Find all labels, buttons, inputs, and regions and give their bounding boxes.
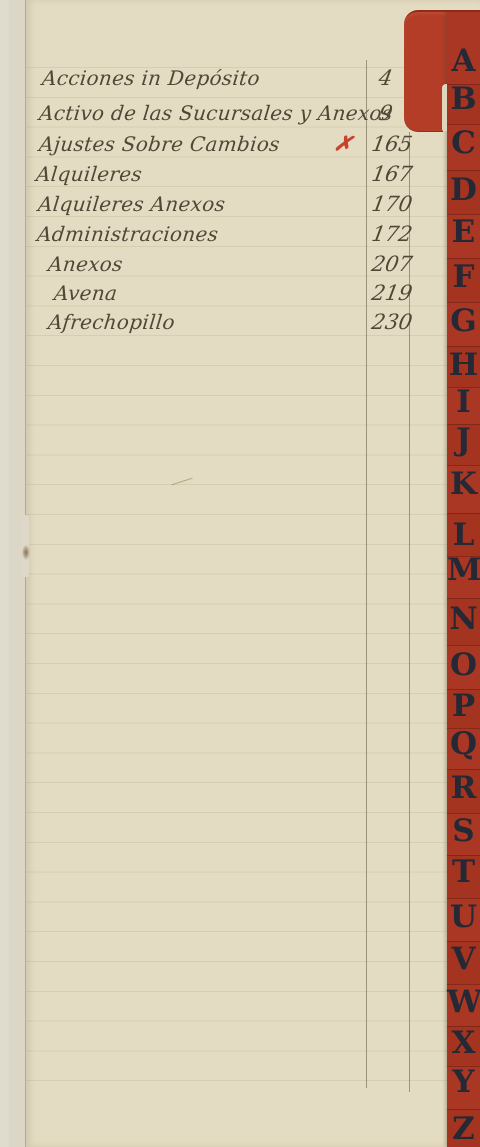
letter-tab-label: J [447,420,480,460]
letter-tab-label: B [447,79,480,119]
letter-tab-label: Y [447,1062,480,1102]
index-entry-row: Administraciones 172 [35,222,455,252]
index-entry-row: Afrechopillo 230 [35,310,455,340]
letter-tab-v[interactable]: V [447,941,480,984]
index-entry-row: Alquileres 167 [35,162,455,192]
index-entry-row: Avena 219 [35,281,455,311]
entry-page-number: 165 [370,132,414,156]
tab-divider-notch [442,84,447,131]
letter-tab-q[interactable]: Q [447,728,480,769]
letter-tab-label: Q [447,724,480,764]
letter-tab-label: D [447,170,480,210]
letter-tab-label: C [447,123,480,163]
letter-tab-m[interactable]: M [447,556,480,598]
letter-tab-b[interactable]: B [447,84,480,125]
entry-page-number: 170 [370,192,414,216]
letter-tab-n[interactable]: N [447,598,480,646]
index-entry-row: Activo de las Sucursales y Anexos 9 [35,101,455,131]
letter-tab-z[interactable]: Z [447,1109,480,1147]
letter-tab-u[interactable]: U [447,898,480,942]
entry-title: Ajustes Sobre Cambios [35,132,281,156]
letter-tab-label: R [447,768,480,808]
red-check-mark: ✗ [332,130,354,158]
letter-tab-label: H [447,345,480,385]
letter-tab-g[interactable]: G [447,302,480,346]
letter-tab-label: I [447,382,480,422]
letter-tab-label: A [447,41,480,81]
entry-title: Alquileres Anexos [35,192,227,216]
letter-tab-x[interactable]: X [447,1026,480,1066]
entry-title: Acciones in Depósito [35,66,261,90]
letter-tab-label: V [447,939,480,979]
letter-tab-y[interactable]: Y [447,1066,480,1109]
letter-tab-label: W [447,982,480,1022]
letter-tab-k[interactable]: K [447,465,480,513]
entry-page-number: 9 [377,101,395,125]
entry-title: Afrechopillo [35,310,176,334]
ledger-paper: Acciones in Depósito 4 Activo de las Suc… [25,0,480,1147]
alphabet-tab-strip: A B C D E F G H I J K L M N O P [447,12,480,1147]
letter-tab-p[interactable]: P [447,689,480,729]
letter-tab-h[interactable]: H [447,346,480,387]
letter-tab-f[interactable]: F [447,258,480,303]
tab-a-protruding-bottom[interactable] [404,50,443,132]
letter-tab-label: K [447,464,480,504]
letter-tab-j[interactable]: J [447,424,480,465]
letter-tab-label: U [447,897,480,937]
letter-tab-label: E [447,212,480,252]
letter-tab-label: G [447,301,480,341]
letter-tab-label: F [447,257,480,297]
entry-title: Activo de las Sucursales y Anexos [35,101,394,125]
entry-page-number: 172 [370,222,414,246]
letter-tab-label: S [447,811,480,851]
letter-tab-r[interactable]: R [447,769,480,813]
letter-tab-w[interactable]: W [447,984,480,1026]
index-entry-row: Anexos 207 [35,252,455,282]
paper-scratch [171,478,192,486]
index-entry-row: Acciones in Depósito 4 [35,66,455,96]
letter-tab-label: O [447,645,480,685]
letter-tab-s[interactable]: S [447,813,480,855]
letter-tab-a[interactable]: A [447,12,480,84]
letter-tab-t[interactable]: T [447,855,480,898]
letter-tab-label: L [447,515,480,555]
entry-page-number: 207 [370,252,414,276]
paper-blemish [22,545,30,560]
entry-title: Anexos [35,252,124,276]
letter-tab-label: Z [447,1109,480,1147]
letter-tab-o[interactable]: O [447,645,480,689]
letter-tab-label: T [447,852,480,892]
index-entry-row: Alquileres Anexos 170 [35,192,455,222]
entry-page-number: 167 [370,162,414,186]
letter-tab-i[interactable]: I [447,387,480,425]
index-entry-list: Acciones in Depósito 4 Activo de las Suc… [35,0,465,400]
letter-tab-c[interactable]: C [447,124,480,170]
letter-tab-e[interactable]: E [447,214,480,258]
entry-title: Alquileres [35,162,143,186]
entry-title: Administraciones [35,222,220,246]
index-entry-row: Ajustes Sobre Cambios 165 [35,132,455,162]
entry-page-number: 219 [370,281,414,305]
entry-page-number: 4 [377,66,395,90]
entry-title: Avena [35,281,119,305]
letter-tab-label: M [447,550,480,590]
letter-tab-label: N [447,599,480,639]
entry-page-number: 230 [370,310,414,334]
letter-tab-d[interactable]: D [447,170,480,215]
letter-tab-label: P [447,686,480,726]
letter-tab-label: X [447,1023,480,1063]
